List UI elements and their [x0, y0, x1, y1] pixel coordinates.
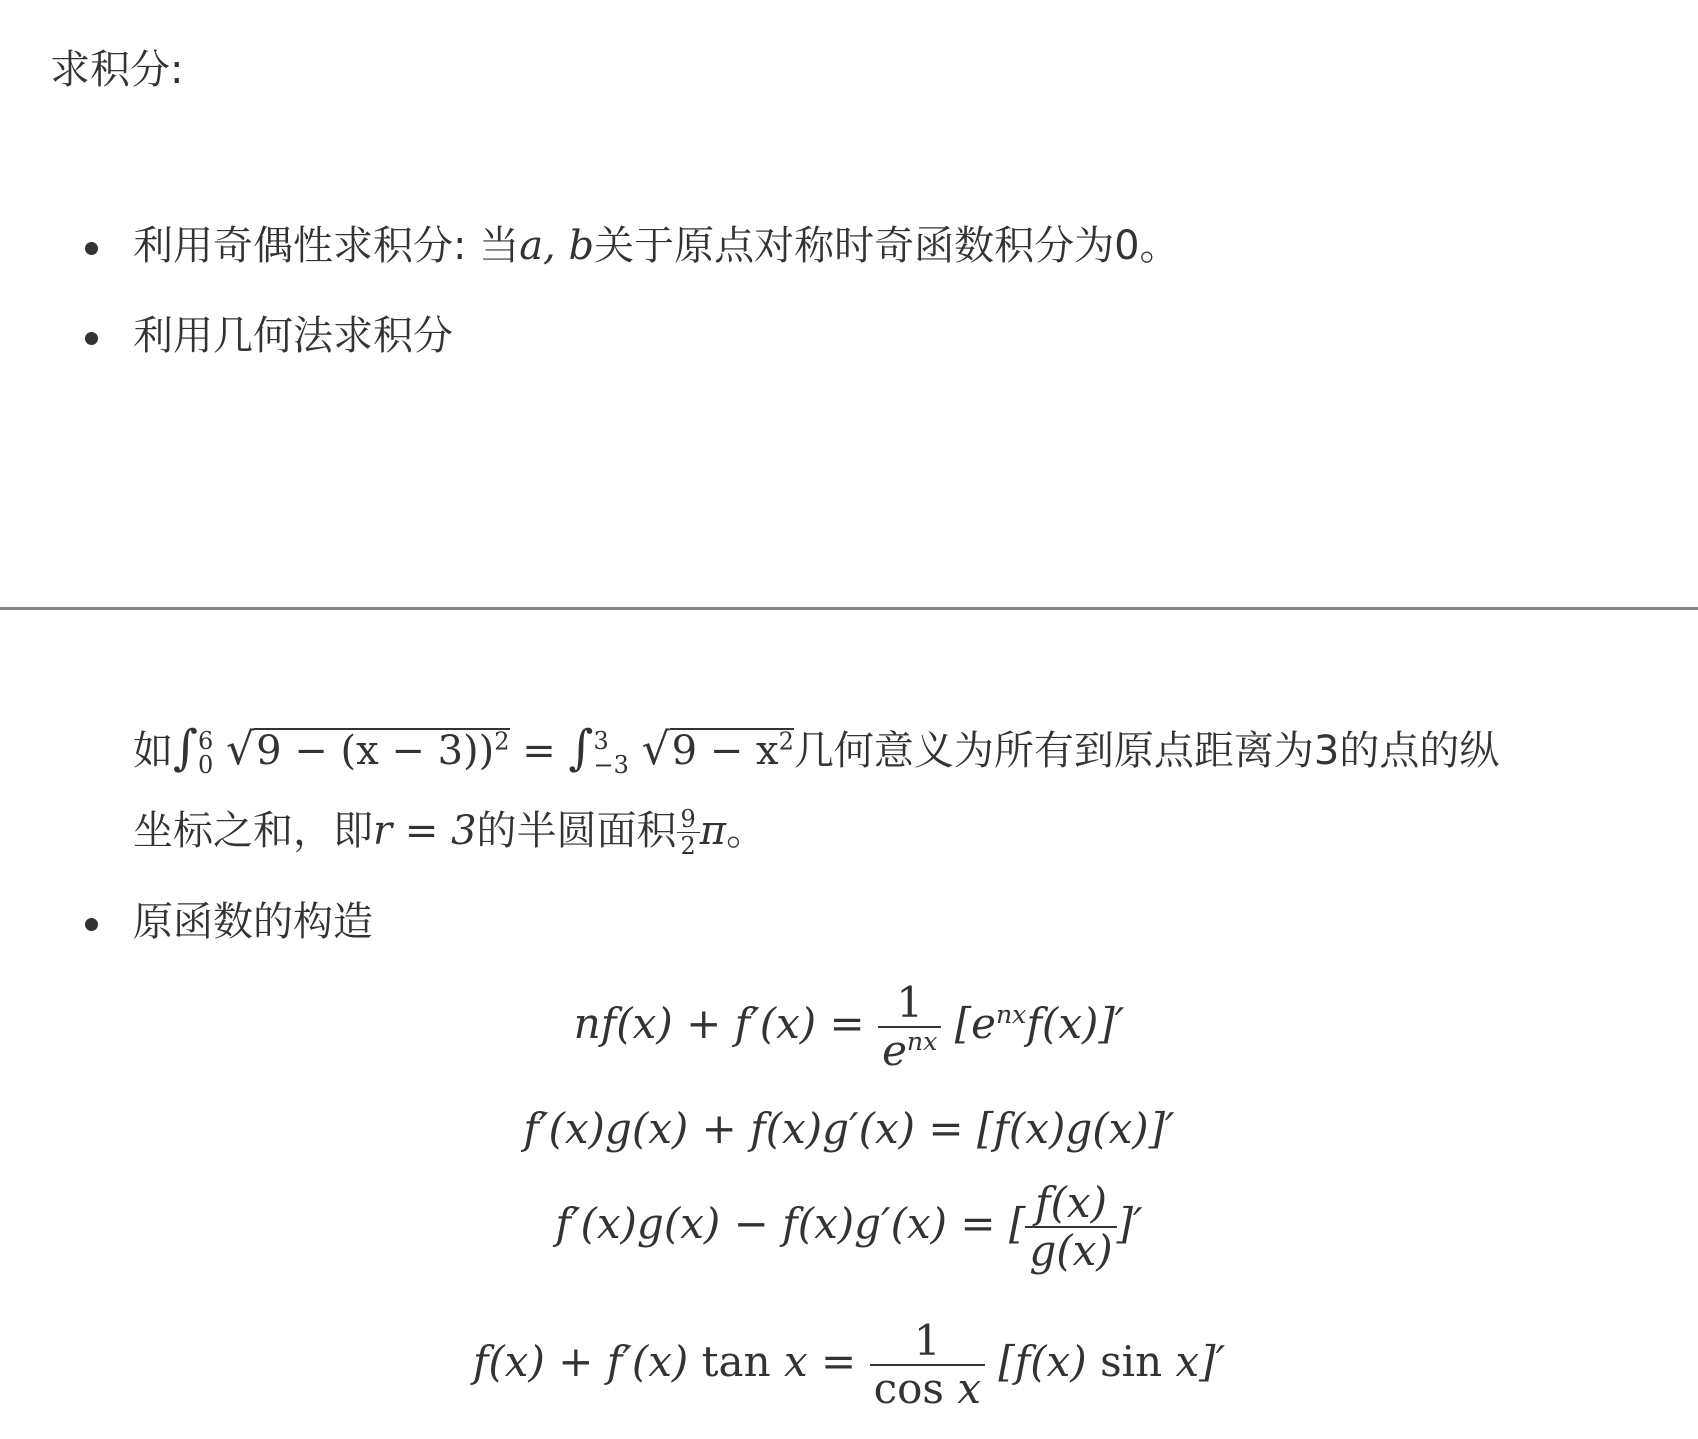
- geometry-example-line-2: 坐标之和，即r = 3的半圆面积92π。: [133, 806, 766, 860]
- text: 。: [726, 808, 766, 854]
- sqrt-content: 9 − (x − 3))2: [254, 728, 509, 772]
- numerator: 9: [677, 806, 700, 833]
- integrand: 9 − (x − 3): [256, 728, 479, 774]
- text: 如: [133, 728, 173, 774]
- text: 的半圆面积: [477, 808, 677, 854]
- section-heading: 求积分:: [50, 46, 183, 94]
- equation-1: nf(x) + f′(x) = 1enx [enxf(x)]′: [0, 980, 1698, 1074]
- bullet-dot: [85, 918, 98, 931]
- sqrt-icon: √: [642, 724, 670, 775]
- list-item-antiderivative: 原函数的构造: [133, 898, 373, 946]
- sqrt-icon: √: [226, 724, 254, 775]
- integral-limits: 3−3: [593, 729, 628, 777]
- list-item-text: 关于原点对称时奇函数积分为0。: [594, 223, 1179, 269]
- lower-limit: 0: [198, 753, 213, 777]
- bullet-dot: [85, 332, 98, 345]
- fraction: 1enx: [878, 980, 941, 1074]
- sqrt-content: 9 − x2: [670, 728, 794, 772]
- list-item-odd-even: 利用奇偶性求积分: 当a, b关于原点对称时奇函数积分为0。: [133, 222, 1180, 270]
- equation-4: f(x) + f′(x) tan x = 1cos x [f(x) sin x]…: [0, 1318, 1698, 1412]
- integral-sign-icon: ∫: [173, 720, 198, 776]
- upper-limit: 3: [593, 729, 628, 753]
- denominator: 2: [677, 833, 700, 859]
- equation-2: f′(x)g(x) + f(x)g′(x) = [f(x)g(x)]′: [0, 1104, 1698, 1153]
- fraction: f(x)g(x): [1025, 1180, 1116, 1274]
- lower-limit: −3: [593, 753, 628, 777]
- geometry-example-line-1: 如∫60 √9 − (x − 3))2 = ∫3−3 √9 − x2几何意义为所…: [133, 724, 1499, 777]
- math-inline: r = 3: [373, 808, 477, 854]
- upper-limit: 6: [198, 729, 213, 753]
- math-inline: a, b: [519, 223, 594, 269]
- bullet-dot: [85, 242, 98, 255]
- text: 坐标之和，即: [133, 808, 373, 854]
- pi: π: [700, 808, 726, 854]
- list-item-text: 利用奇偶性求积分: 当: [133, 223, 519, 269]
- fraction: 1cos x: [870, 1318, 985, 1412]
- equals: =: [522, 728, 556, 774]
- exponent: 2: [494, 728, 509, 756]
- integral-sign-icon: ∫: [568, 720, 593, 776]
- equation-3: f′(x)g(x) − f(x)g′(x) = [f(x)g(x)]′: [0, 1180, 1698, 1274]
- horizontal-divider: [0, 607, 1698, 610]
- list-item-geometry: 利用几何法求积分: [133, 312, 453, 360]
- integrand: 9 − x: [672, 728, 779, 774]
- fraction: 92: [677, 806, 700, 860]
- integral-limits: 60: [198, 729, 213, 777]
- exponent: 2: [779, 728, 794, 756]
- text: 几何意义为所有到原点距离为3的点的纵: [794, 728, 1499, 774]
